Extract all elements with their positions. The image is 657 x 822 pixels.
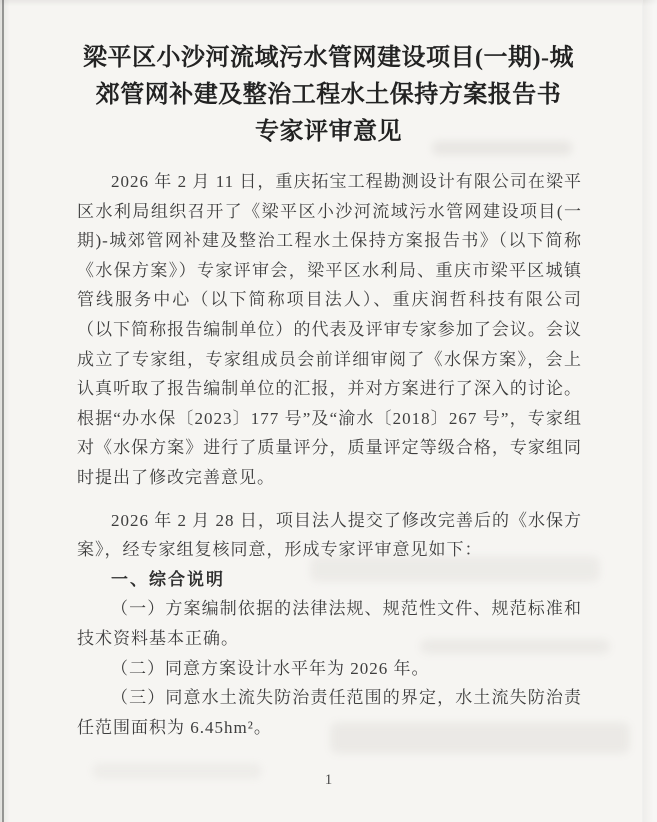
document-title: 梁平区小沙河流域污水管网建设项目(一期)-城 郊管网补建及整治工程水土保持方案报…: [40, 40, 617, 151]
paragraph-review-meeting: 2026 年 2 月 11 日，重庆拓宝工程勘测设计有限公司在梁平区水利局组织召…: [77, 167, 582, 493]
scan-edge-right: [642, 0, 657, 822]
scan-smudge: [310, 556, 600, 582]
scan-smudge: [330, 722, 630, 754]
scan-smudge: [420, 639, 610, 654]
scan-smudge: [432, 141, 572, 155]
title-line-1: 梁平区小沙河流域污水管网建设项目(一期)-城: [40, 40, 617, 77]
title-line-2: 郊管网补建及整治工程水土保持方案报告书: [40, 77, 617, 114]
document-body: 2026 年 2 月 11 日，重庆拓宝工程勘测设计有限公司在梁平区水利局组织召…: [77, 167, 582, 742]
page-number: 1: [0, 772, 657, 789]
opinion-item-2: （二）同意方案设计水平年为 2026 年。: [77, 654, 582, 684]
scanned-document-page: 梁平区小沙河流域污水管网建设项目(一期)-城 郊管网补建及整治工程水土保持方案报…: [0, 0, 657, 822]
scan-edge-line: [2, 0, 4, 822]
